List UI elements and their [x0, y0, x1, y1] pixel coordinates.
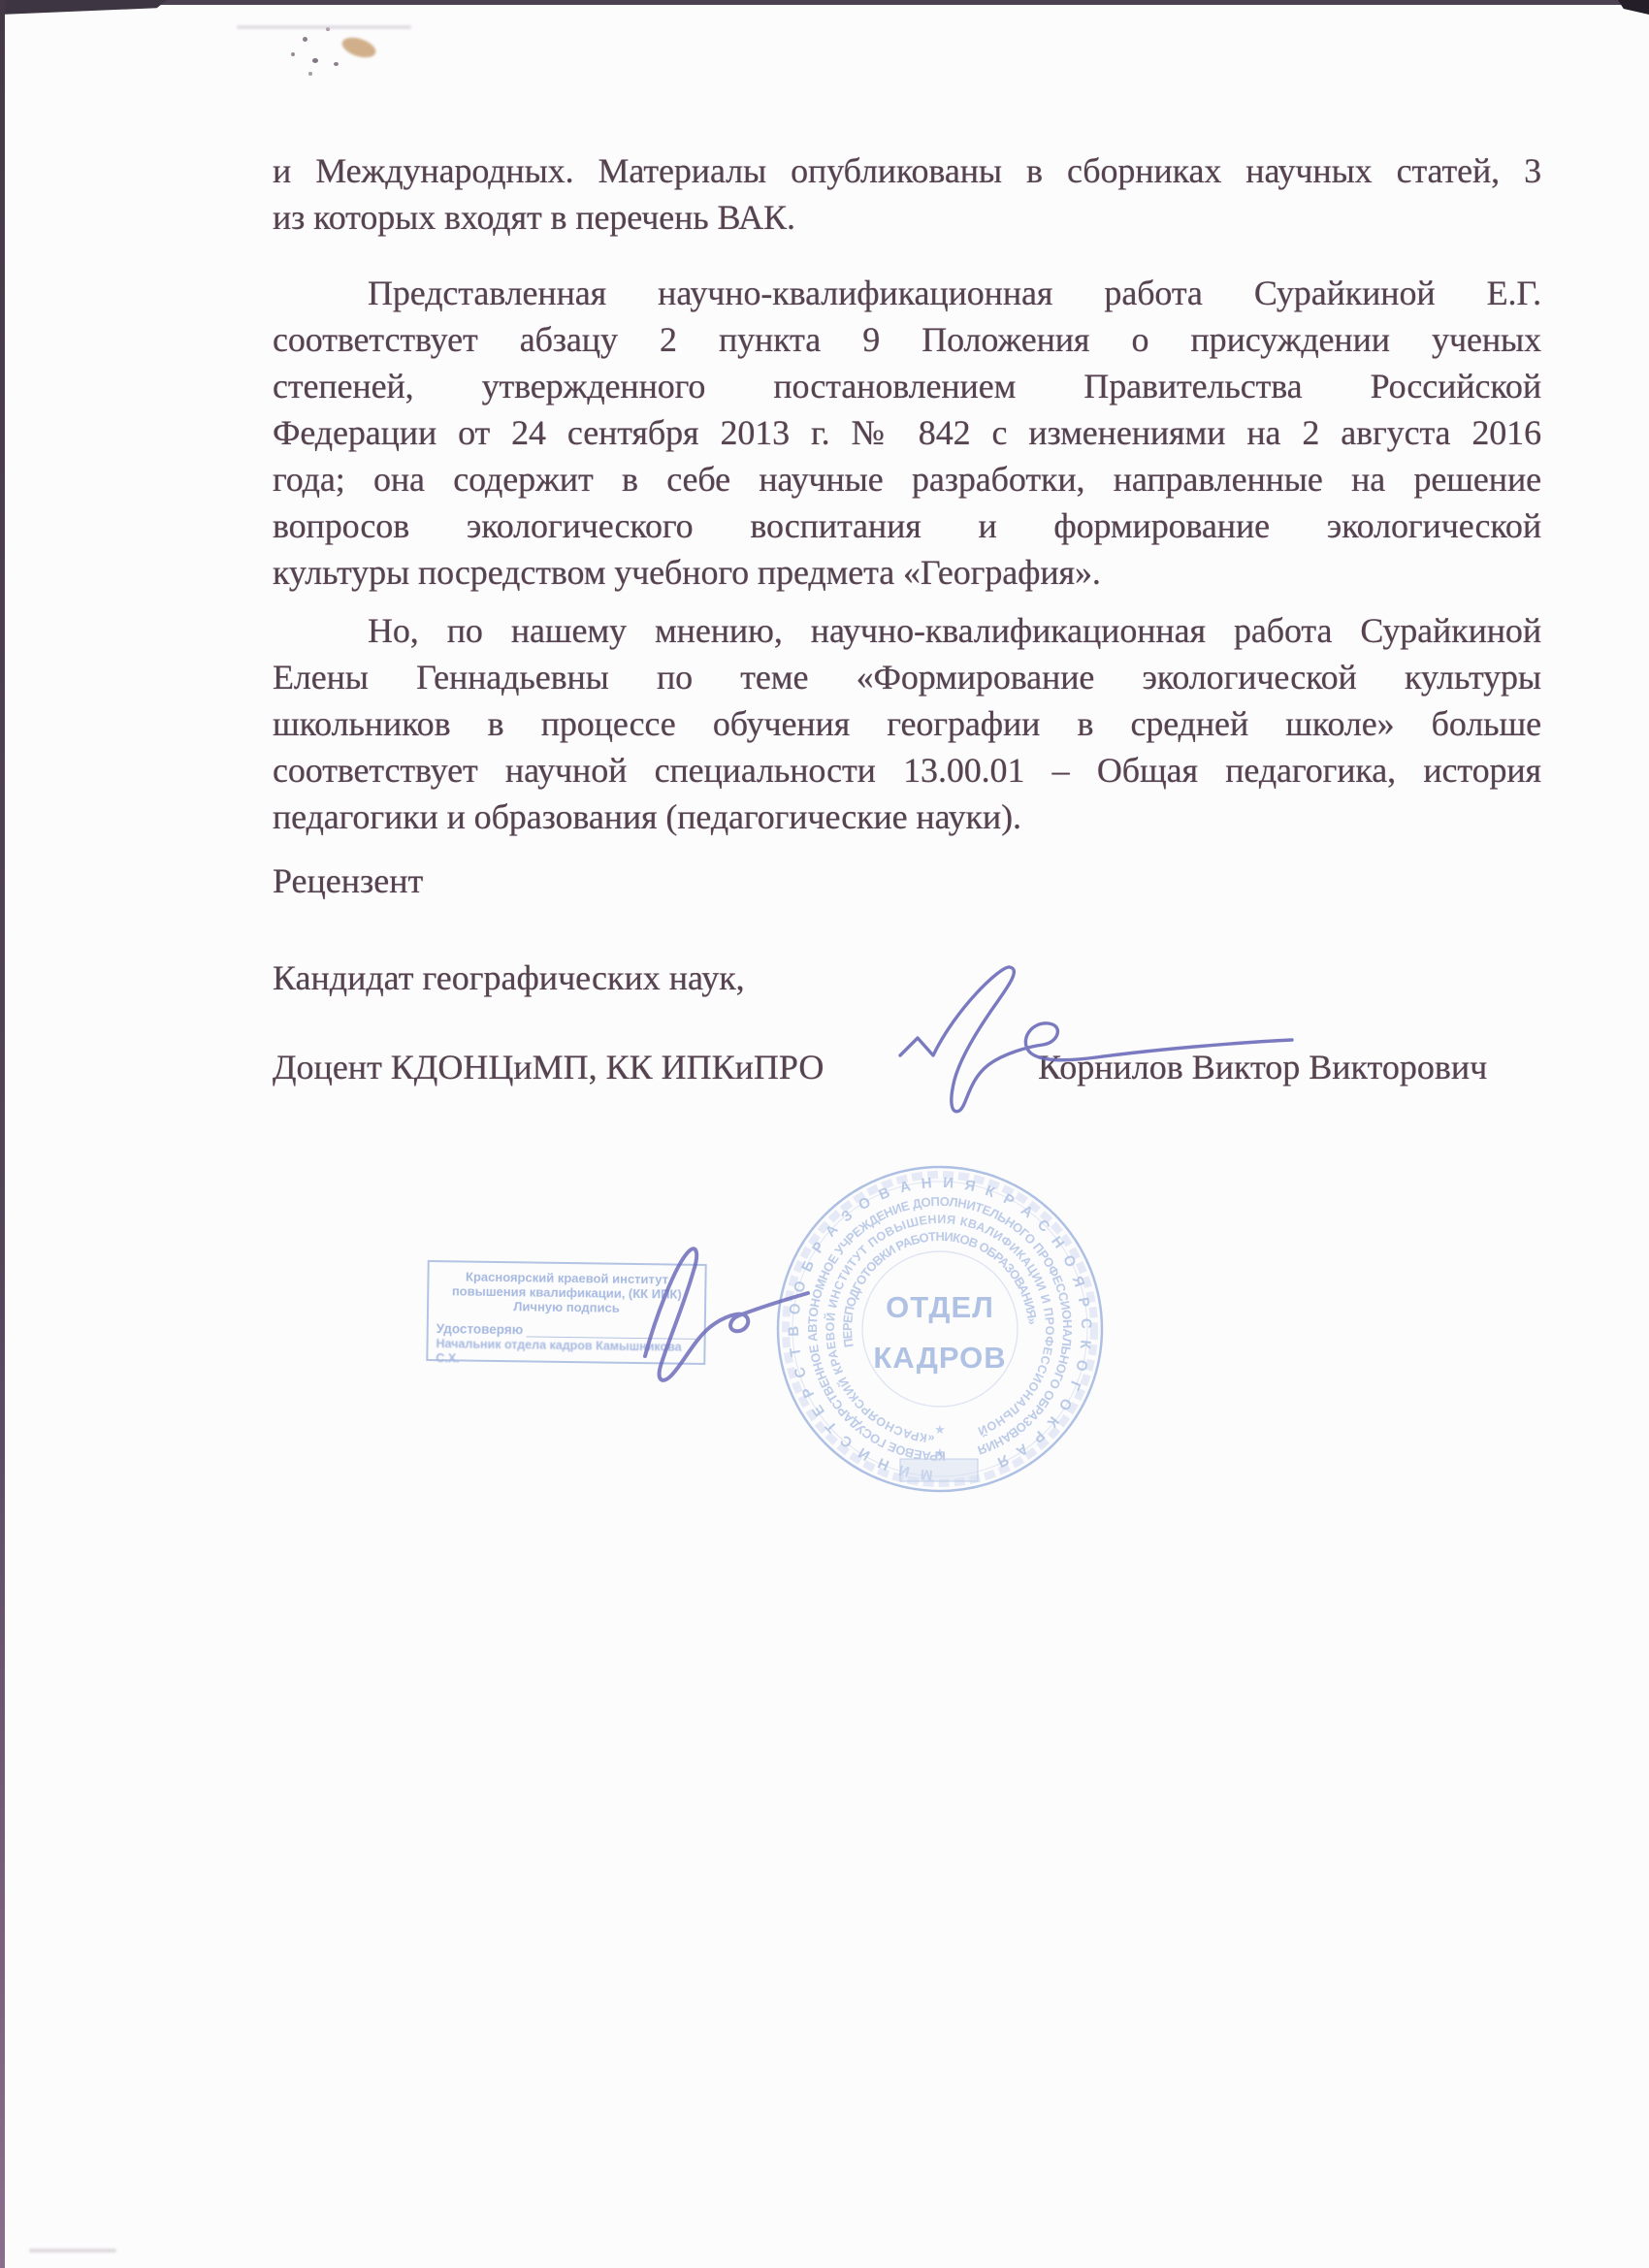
scan-edge-top-left-wedge: [0, 0, 167, 15]
text-line: соответствует абзацу 2 пункта 9 Положени…: [273, 316, 1541, 363]
paragraph-opinion: Но, по нашему мнению, научно-квалификаци…: [273, 607, 1541, 840]
text-line: соответствует научной специальности 13.0…: [273, 747, 1541, 794]
reviewer-role-label: Рецензент: [273, 858, 423, 904]
ink-speck: [291, 52, 295, 56]
paragraph-continuation: и Международных. Материалы опубликованы …: [273, 147, 1541, 241]
text-line: из которых входят в перечень ВАК.: [273, 194, 1541, 241]
signature-stroke: [900, 967, 1292, 1112]
text-line: вопросов экологического воспитания и фор…: [273, 502, 1541, 549]
seal-star-top: ★: [934, 1422, 946, 1437]
ink-speck: [312, 58, 318, 63]
scan-edge-top: [0, 0, 1649, 5]
scan-corner-mark-top-right: [1618, 0, 1649, 15]
ink-speckle-smudge: [339, 34, 378, 61]
text-line: степеней, утвержденного постановлением П…: [273, 363, 1541, 409]
ink-speck: [308, 72, 312, 76]
reviewer-degree: Кандидат географических наук,: [273, 955, 745, 1001]
text-line: года; она содержит в себе научные разраб…: [273, 456, 1541, 502]
seal-number-box: [900, 1459, 978, 1481]
reviewer-signature: [873, 956, 1329, 1159]
text-line: и Международных. Материалы опубликованы …: [273, 147, 1541, 194]
seal-center-border: [862, 1251, 1018, 1407]
text-line: Федерации от 24 сентября 2013 г. № 842 с…: [273, 409, 1541, 456]
paragraph-assessment: Представленная научно-квалификационная р…: [273, 270, 1541, 596]
text-line: Но, по нашему мнению, научно-квалификаци…: [273, 607, 1541, 654]
scan-smudge-bottom: [29, 2249, 116, 2252]
seal-center-line-2: КАДРОВ: [873, 1341, 1006, 1375]
text-line: культуры посредством учебного предмета «…: [273, 549, 1541, 596]
text-line: Елены Геннадьевны по теме «Формирование …: [273, 654, 1541, 700]
text-line: Представленная научно-квалификационная р…: [273, 270, 1541, 316]
text-line: педагогики и образования (педагогические…: [273, 794, 1541, 840]
reviewer-position: Доцент КДОНЦиМП, КК ИПКиПРО: [273, 1044, 824, 1090]
text-line: школьников в процессе обучения географии…: [273, 700, 1541, 747]
seal-star-bottom: ★: [934, 1445, 946, 1460]
rect-stamp-certify-label: Удостоверяю: [436, 1321, 524, 1337]
scan-edge-left: [0, 0, 5, 2268]
scanned-document-page: и Международных. Материалы опубликованы …: [0, 0, 1649, 2268]
ink-speck: [334, 62, 339, 66]
ink-speck: [303, 37, 307, 42]
seal-center-line-1: ОТДЕЛ: [886, 1290, 994, 1324]
scan-scratch: [237, 25, 411, 29]
signature-stroke: [645, 1248, 808, 1380]
hr-officer-signature: [601, 1232, 834, 1387]
